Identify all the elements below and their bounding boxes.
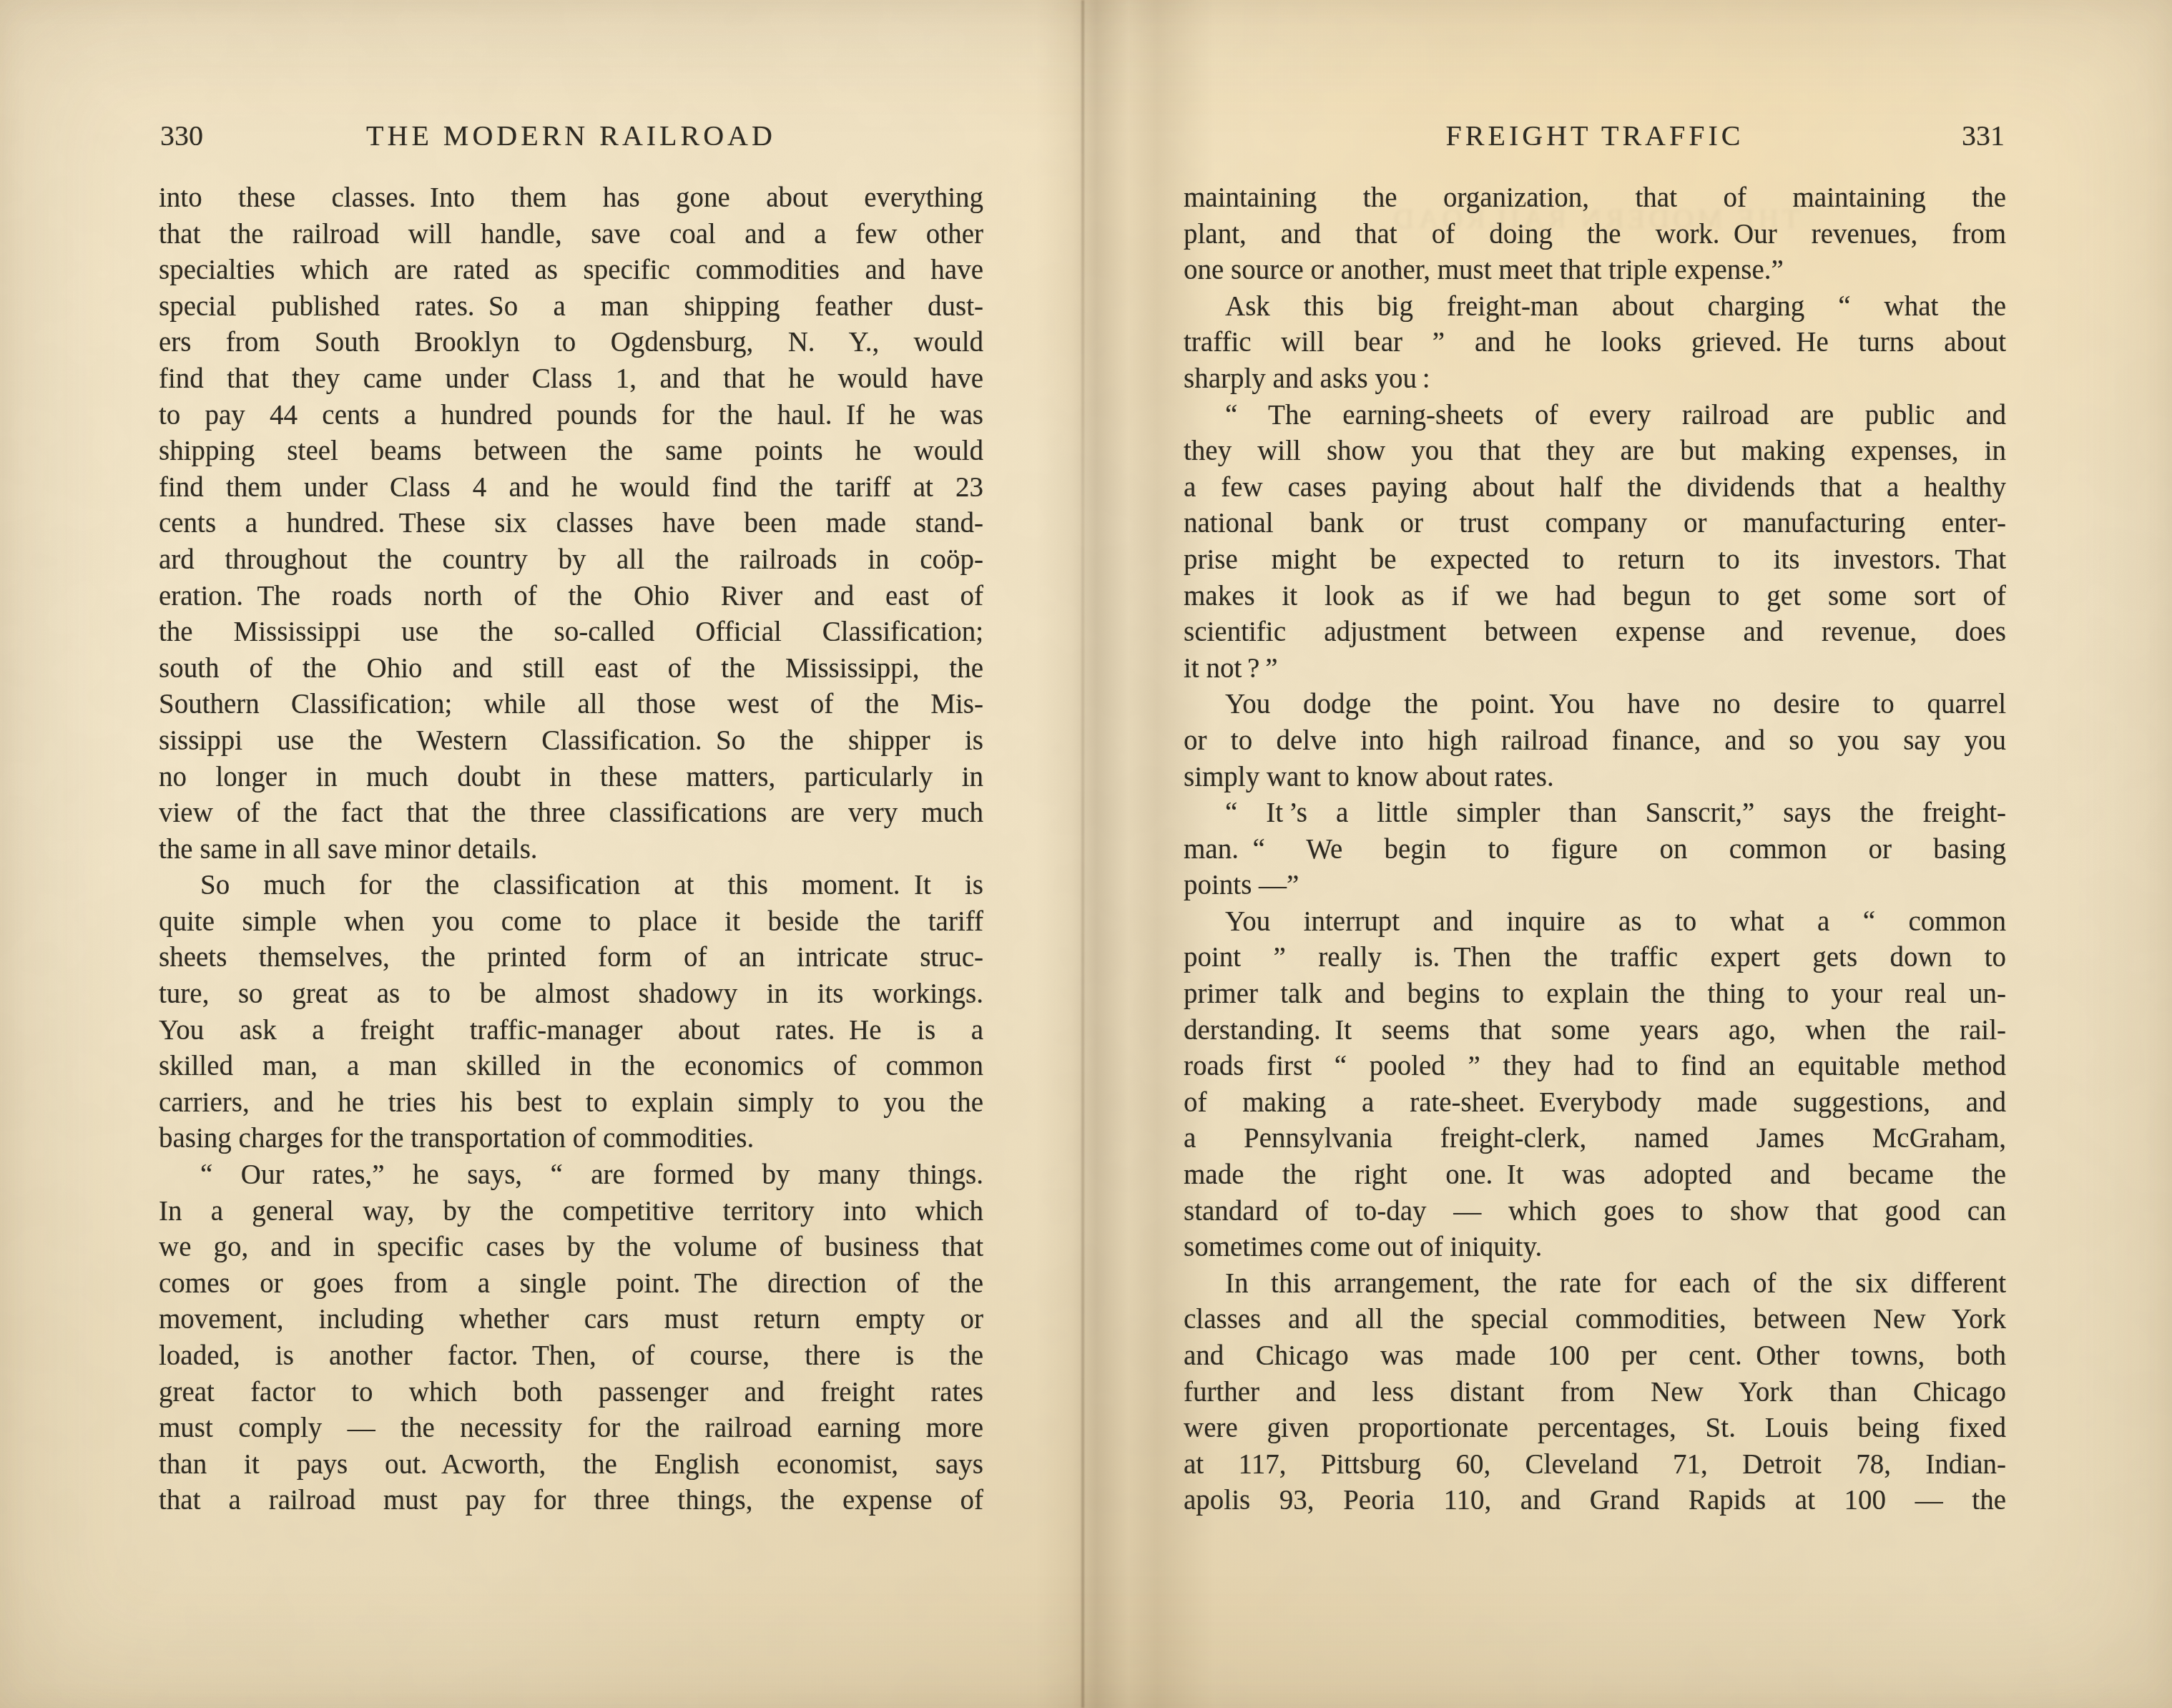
text-line: a few cases paying about half the divide… (1184, 470, 2006, 506)
text-line: In this arrangement, the rate for each o… (1184, 1266, 2006, 1302)
text-line: loaded, is another factor. Then, of cour… (159, 1338, 983, 1375)
text-line: further and less distant from New York t… (1184, 1375, 2006, 1411)
text-line: traffic will bear ” and he looks grieved… (1184, 325, 2006, 361)
text-line: cents a hundred. These six classes have … (159, 506, 983, 542)
text-line: that a railroad must pay for three thing… (159, 1483, 983, 1519)
text-line: must comply — the necessity for the rail… (159, 1410, 983, 1447)
text-line: skilled man, a man skilled in the econom… (159, 1049, 983, 1085)
text-line: the Mississippi use the so-called Offici… (159, 614, 983, 651)
text-line: it not ? ” (1184, 651, 2006, 687)
text-line: find that they came under Class 1, and t… (159, 361, 983, 398)
text-line: view of the fact that the three classifi… (159, 795, 983, 832)
text-line: “ It ’s a little simpler than Sanscrit,”… (1184, 795, 2006, 832)
text-line: You ask a freight traffic-manager about … (159, 1013, 983, 1049)
text-line: “ The earning-sheets of every railroad a… (1184, 398, 2006, 434)
text-line: You dodge the point. You have no desire … (1184, 687, 2006, 723)
page-body-right: maintaining the organization, that of ma… (1184, 180, 2006, 1519)
text-line: In a general way, by the competitive ter… (159, 1194, 983, 1230)
text-line: sometimes come out of iniquity. (1184, 1230, 2006, 1266)
text-line: shipping steel beams between the same po… (159, 433, 983, 470)
text-line: roads first “ pooled ” they had to find … (1184, 1049, 2006, 1085)
text-line: primer talk and begins to explain the th… (1184, 976, 2006, 1013)
page-header-right: FREIGHT TRAFFIC 331 (1184, 119, 2006, 154)
text-line: made the right one. It was adopted and b… (1184, 1157, 2006, 1194)
text-line: sheets themselves, the printed form of a… (159, 940, 983, 976)
text-line: to pay 44 cents a hundred pounds for the… (159, 398, 983, 434)
text-line: the same in all save minor details. (159, 832, 983, 868)
text-line: sharply and asks you : (1184, 361, 2006, 398)
text-line: than it pays out. Acworth, the English e… (159, 1447, 983, 1483)
text-line: that the railroad will handle, save coal… (159, 217, 983, 253)
text-line: and Chicago was made 100 per cent. Other… (1184, 1338, 2006, 1375)
text-line: eration. The roads north of the Ohio Riv… (159, 579, 983, 615)
text-line: scientific adjustment between expense an… (1184, 614, 2006, 651)
text-line: quite simple when you come to place it b… (159, 904, 983, 941)
page-body-left: into these classes. Into them has gone a… (159, 180, 983, 1519)
text-line: ers from South Brooklyn to Ogdensburg, N… (159, 325, 983, 361)
text-line: comes or goes from a single point. The d… (159, 1266, 983, 1302)
text-line: derstanding. It seems that some years ag… (1184, 1013, 2006, 1049)
text-line: makes it look as if we had begun to get … (1184, 579, 2006, 615)
page-header-left: 330 THE MODERN RAILROAD (159, 119, 983, 154)
page-right: FREIGHT TRAFFIC 331 maintaining the orga… (1184, 0, 2006, 1708)
text-line: apolis 93, Peoria 110, and Grand Rapids … (1184, 1483, 2006, 1519)
page-left: 330 THE MODERN RAILROAD into these class… (159, 0, 983, 1708)
text-line: one source or another, must meet that tr… (1184, 252, 2006, 289)
text-line: ture, so great as to be almost shadowy i… (159, 976, 983, 1013)
text-line: great factor to which both passenger and… (159, 1375, 983, 1411)
text-line: Southern Classification; while all those… (159, 687, 983, 723)
text-line: carriers, and he tries his best to expla… (159, 1085, 983, 1122)
text-line: plant, and that of doing the work. Our r… (1184, 217, 2006, 253)
text-line: standard of to-day — which goes to show … (1184, 1194, 2006, 1230)
text-line: points —” (1184, 868, 2006, 904)
text-line: of making a rate-sheet. Everybody made s… (1184, 1085, 2006, 1122)
text-line: movement, including whether cars must re… (159, 1302, 983, 1338)
text-line: simply want to know about rates. (1184, 760, 2006, 796)
text-line: So much for the classification at this m… (159, 868, 983, 904)
text-line: a Pennsylvania freight-clerk, named Jame… (1184, 1121, 2006, 1157)
text-line: or to delve into high railroad finance, … (1184, 723, 2006, 760)
text-line: no longer in much doubt in these matters… (159, 760, 983, 796)
text-line: You interrupt and inquire as to what a “… (1184, 904, 2006, 941)
text-line: we go, and in specific cases by the volu… (159, 1230, 983, 1266)
text-line: Ask this big freight-man about charging … (1184, 289, 2006, 325)
text-line: point ” really is. Then the traffic expe… (1184, 940, 2006, 976)
text-line: south of the Ohio and still east of the … (159, 651, 983, 687)
text-line: were given proportionate percentages, St… (1184, 1410, 2006, 1447)
text-line: find them under Class 4 and he would fin… (159, 470, 983, 506)
text-line: national bank or trust company or manufa… (1184, 506, 2006, 542)
text-line: man. “ We begin to figure on common or b… (1184, 832, 2006, 868)
text-line: into these classes. Into them has gone a… (159, 180, 983, 217)
running-head-left: THE MODERN RAILROAD (159, 119, 983, 152)
running-head-right: FREIGHT TRAFFIC (1184, 119, 2006, 152)
page-number-right: 331 (1962, 119, 2005, 152)
text-line: maintaining the organization, that of ma… (1184, 180, 2006, 217)
text-line: they will show you that they are but mak… (1184, 433, 2006, 470)
text-line: ard throughout the country by all the ra… (159, 542, 983, 579)
text-line: specialties which are rated as specific … (159, 252, 983, 289)
text-line: basing charges for the transportation of… (159, 1121, 983, 1157)
text-line: special published rates. So a man shippi… (159, 289, 983, 325)
text-line: “ Our rates,” he says, “ are formed by m… (159, 1157, 983, 1194)
text-line: classes and all the special commodities,… (1184, 1302, 2006, 1338)
text-line: sissippi use the Western Classification.… (159, 723, 983, 760)
text-line: prise might be expected to return to its… (1184, 542, 2006, 579)
text-line: at 117, Pittsburg 60, Cleveland 71, Detr… (1184, 1447, 2006, 1483)
